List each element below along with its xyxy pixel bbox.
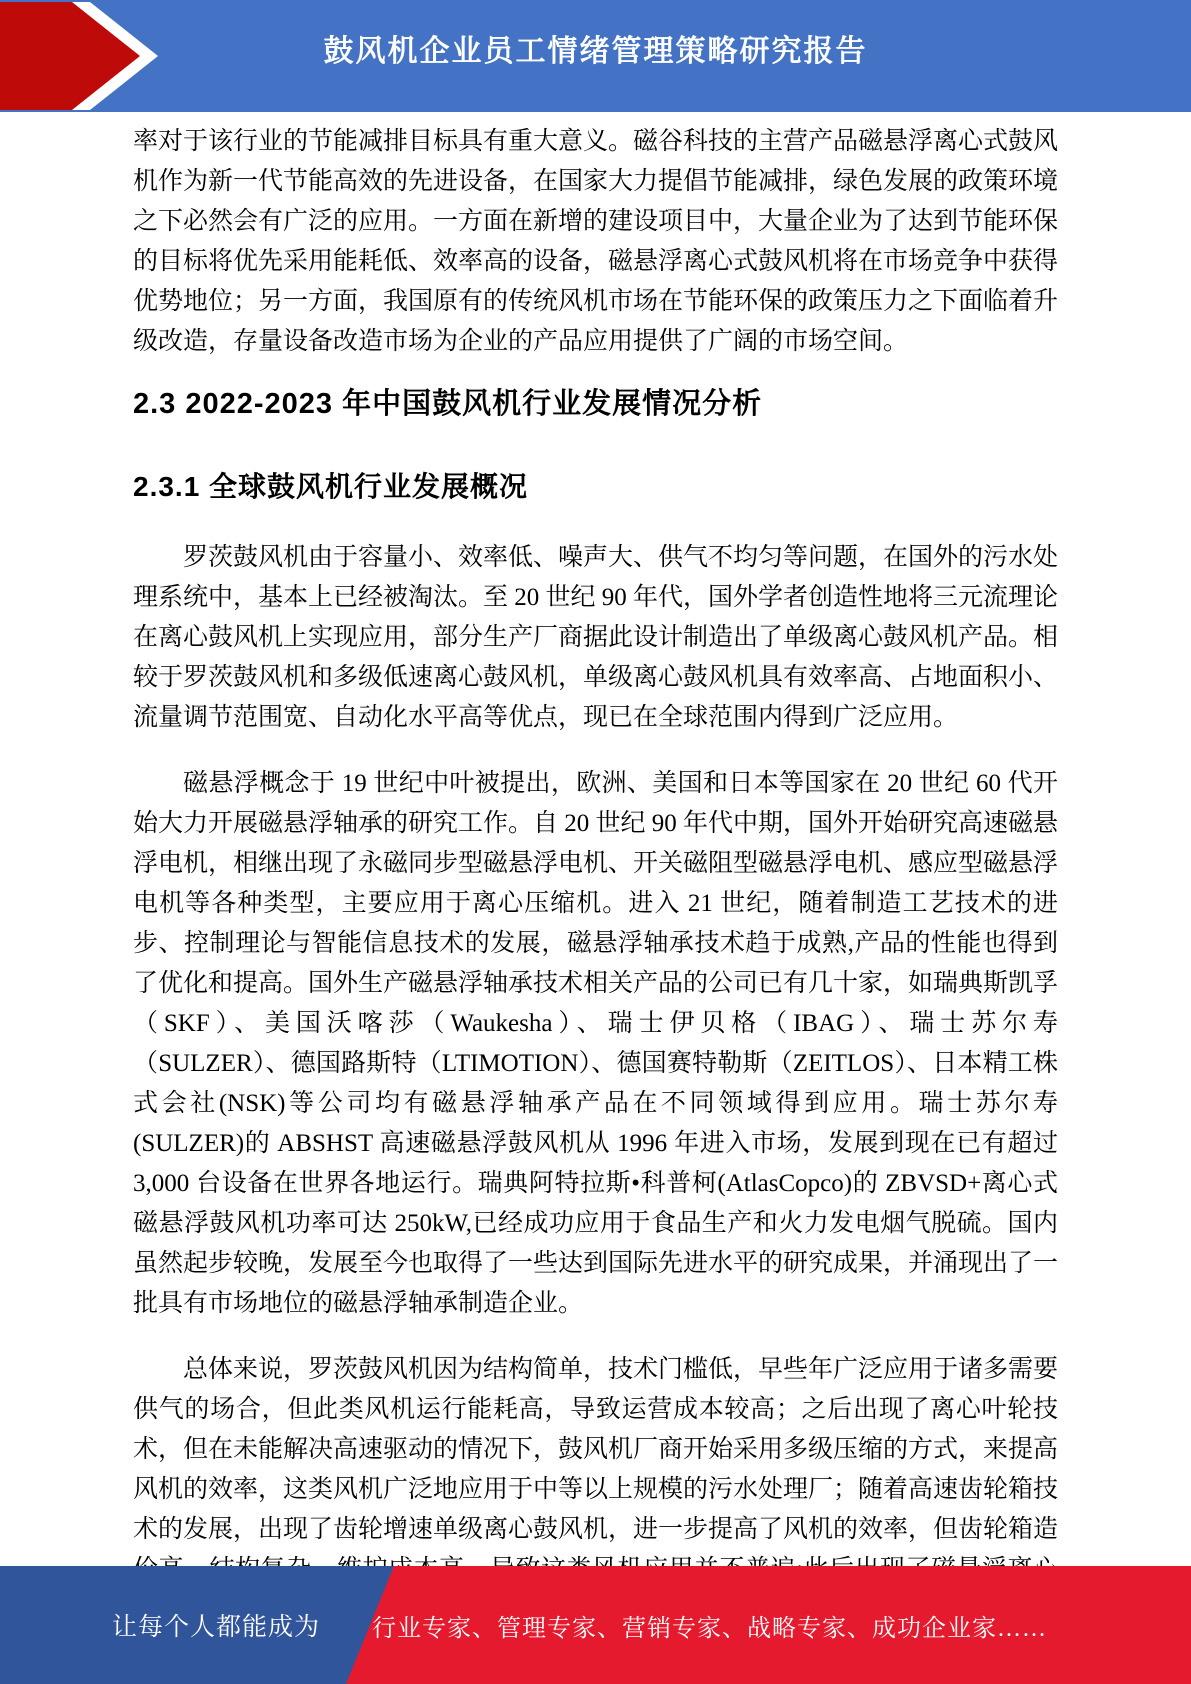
document-body: 率对于该行业的节能减排目标具有重大意义。磁谷科技的主营产品磁悬浮离心式鼓风机作为… bbox=[133, 122, 1058, 1674]
page-footer: 让每个人都能成为 行业专家、管理专家、营销专家、战略专家、成功企业家…… bbox=[0, 1566, 1191, 1684]
subsection-heading: 2.3.1 全球鼓风机行业发展概况 bbox=[133, 466, 1058, 508]
footer-slogan-left: 让每个人都能成为 bbox=[112, 1607, 320, 1643]
page-header: 鼓风机企业员工情绪管理策略研究报告 bbox=[0, 0, 1191, 112]
section-heading: 2.3 2022-2023 年中国鼓风机行业发展情况分析 bbox=[133, 382, 1058, 426]
footer-slogan-right: 行业专家、管理专家、营销专家、战略专家、成功企业家…… bbox=[372, 1566, 1047, 1684]
report-title: 鼓风机企业员工情绪管理策略研究报告 bbox=[0, 0, 1191, 96]
paragraph-3: 磁悬浮概念于 19 世纪中叶被提出，欧洲、美国和日本等国家在 20 世纪 60 … bbox=[133, 764, 1058, 1324]
footer-blue-panel: 让每个人都能成为 bbox=[0, 1566, 394, 1684]
paragraph-2: 罗茨鼓风机由于容量小、效率低、噪声大、供气不均匀等问题，在国外的污水处理系统中，… bbox=[133, 538, 1058, 738]
report-page: 鼓风机企业员工情绪管理策略研究报告 率对于该行业的节能减排目标具有重大意义。磁谷… bbox=[0, 0, 1191, 1684]
paragraph-1: 率对于该行业的节能减排目标具有重大意义。磁谷科技的主营产品磁悬浮离心式鼓风机作为… bbox=[133, 122, 1058, 362]
